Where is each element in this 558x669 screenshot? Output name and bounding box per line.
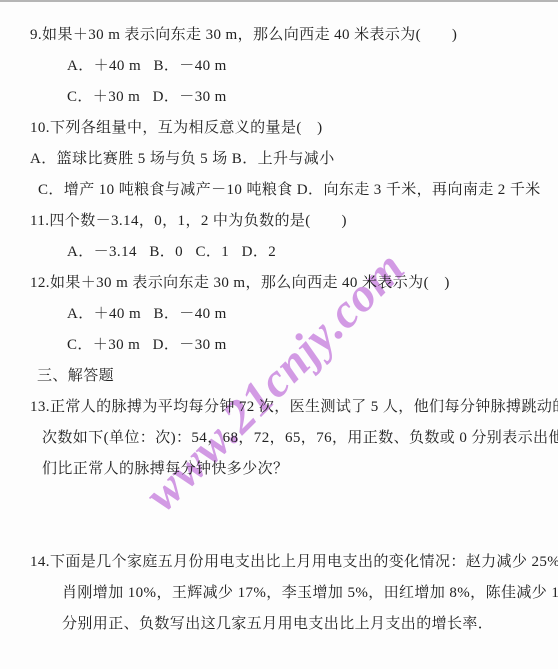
question-10-options-cd: C．增产 10 吨粮食与减产－10 吨粮食 D．向东走 3 千米，再向南走 2 … bbox=[0, 173, 558, 204]
question-13-line-2: 次数如下(单位：次)：54，68，72，65，76，用正数、负数或 0 分别表示… bbox=[0, 421, 558, 452]
worksheet-page: www.21cnjy.com 9.如果＋30 m 表示向东走 30 m，那么向西… bbox=[0, 0, 558, 669]
section-header: 三、解答题 bbox=[0, 359, 558, 390]
question-9-options-cd: C．＋30 m D．－30 m bbox=[0, 80, 558, 111]
document-lines: 9.如果＋30 m 表示向东走 30 m，那么向西走 40 米表示为( )A．＋… bbox=[0, 2, 558, 638]
question-12-options-ab: A．＋40 m B．－40 m bbox=[0, 297, 558, 328]
question-10: 10.下列各组量中，互为相反意义的量是( ) bbox=[0, 111, 558, 142]
question-11-options: A．－3.14 B．0 C．1 D．2 bbox=[0, 235, 558, 266]
question-13-line-3: 们比正常人的脉搏每分钟快多少次？ bbox=[0, 452, 558, 483]
question-10-options-ab: A．篮球比赛胜 5 场与负 5 场 B．上升与减小 bbox=[0, 142, 558, 173]
question-11: 11.四个数－3.14，0，1，2 中为负数的是( ) bbox=[0, 204, 558, 235]
question-9-options-ab: A．＋40 m B．－40 m bbox=[0, 49, 558, 80]
question-13-line-1: 13.正常人的脉搏为平均每分钟 72 次，医生测试了 5 人，他们每分钟脉搏跳动… bbox=[0, 390, 558, 421]
question-14-line-2: 肖刚增加 10%，王辉减少 17%，李玉增加 5%，田红增加 8%，陈佳减少 1… bbox=[0, 576, 558, 607]
question-14-line-1: 14.下面是几个家庭五月份用电支出比上月用电支出的变化情况：赵力减少 25%， bbox=[0, 545, 558, 576]
question-9: 9.如果＋30 m 表示向东走 30 m，那么向西走 40 米表示为( ) bbox=[0, 18, 558, 49]
question-12-options-cd: C．＋30 m D．－30 m bbox=[0, 328, 558, 359]
question-14-line-3: 分别用正、负数写出这几家五月用电支出比上月支出的增长率． bbox=[0, 607, 558, 638]
question-12: 12.如果＋30 m 表示向东走 30 m，那么向西走 40 米表示为( ) bbox=[0, 266, 558, 297]
